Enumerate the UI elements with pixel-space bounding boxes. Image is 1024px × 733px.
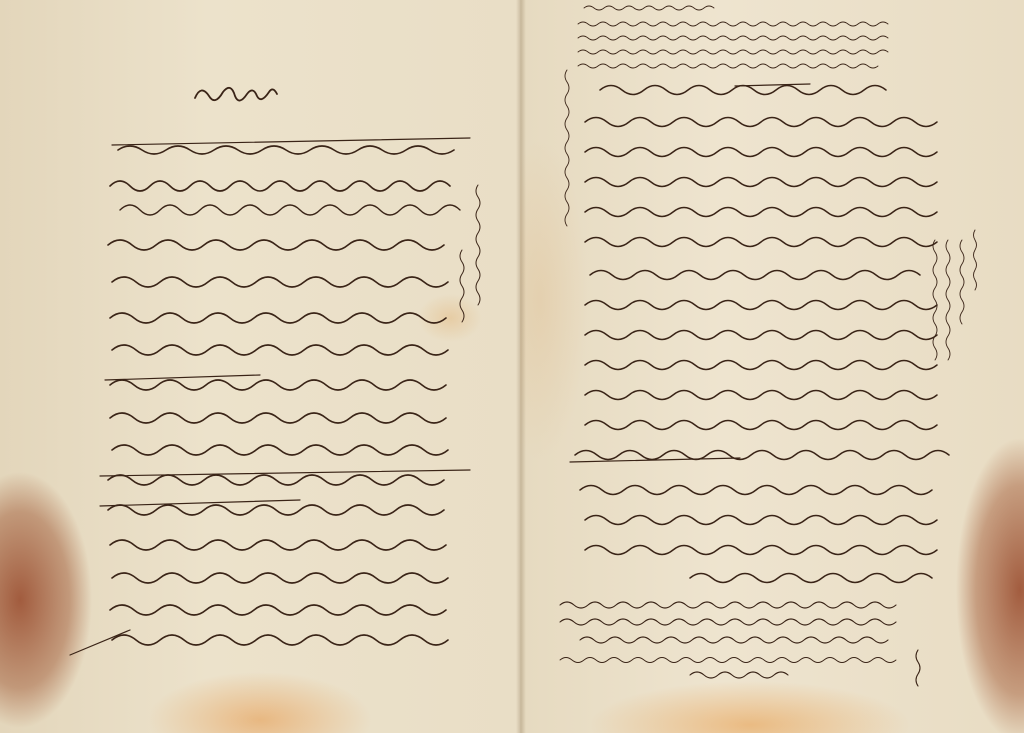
- left-heading: [195, 88, 277, 101]
- handwriting-layer: [0, 0, 1024, 733]
- left-text-lines: [70, 138, 470, 655]
- right-bottom-block: [560, 602, 896, 678]
- manuscript-spread: Hebrew cursive (brown ink) water/rust st…: [0, 0, 1024, 733]
- right-text-lines: [570, 84, 949, 583]
- left-margin-note: [460, 185, 480, 322]
- right-top-block: [578, 6, 888, 68]
- right-margin-notes: [565, 70, 977, 686]
